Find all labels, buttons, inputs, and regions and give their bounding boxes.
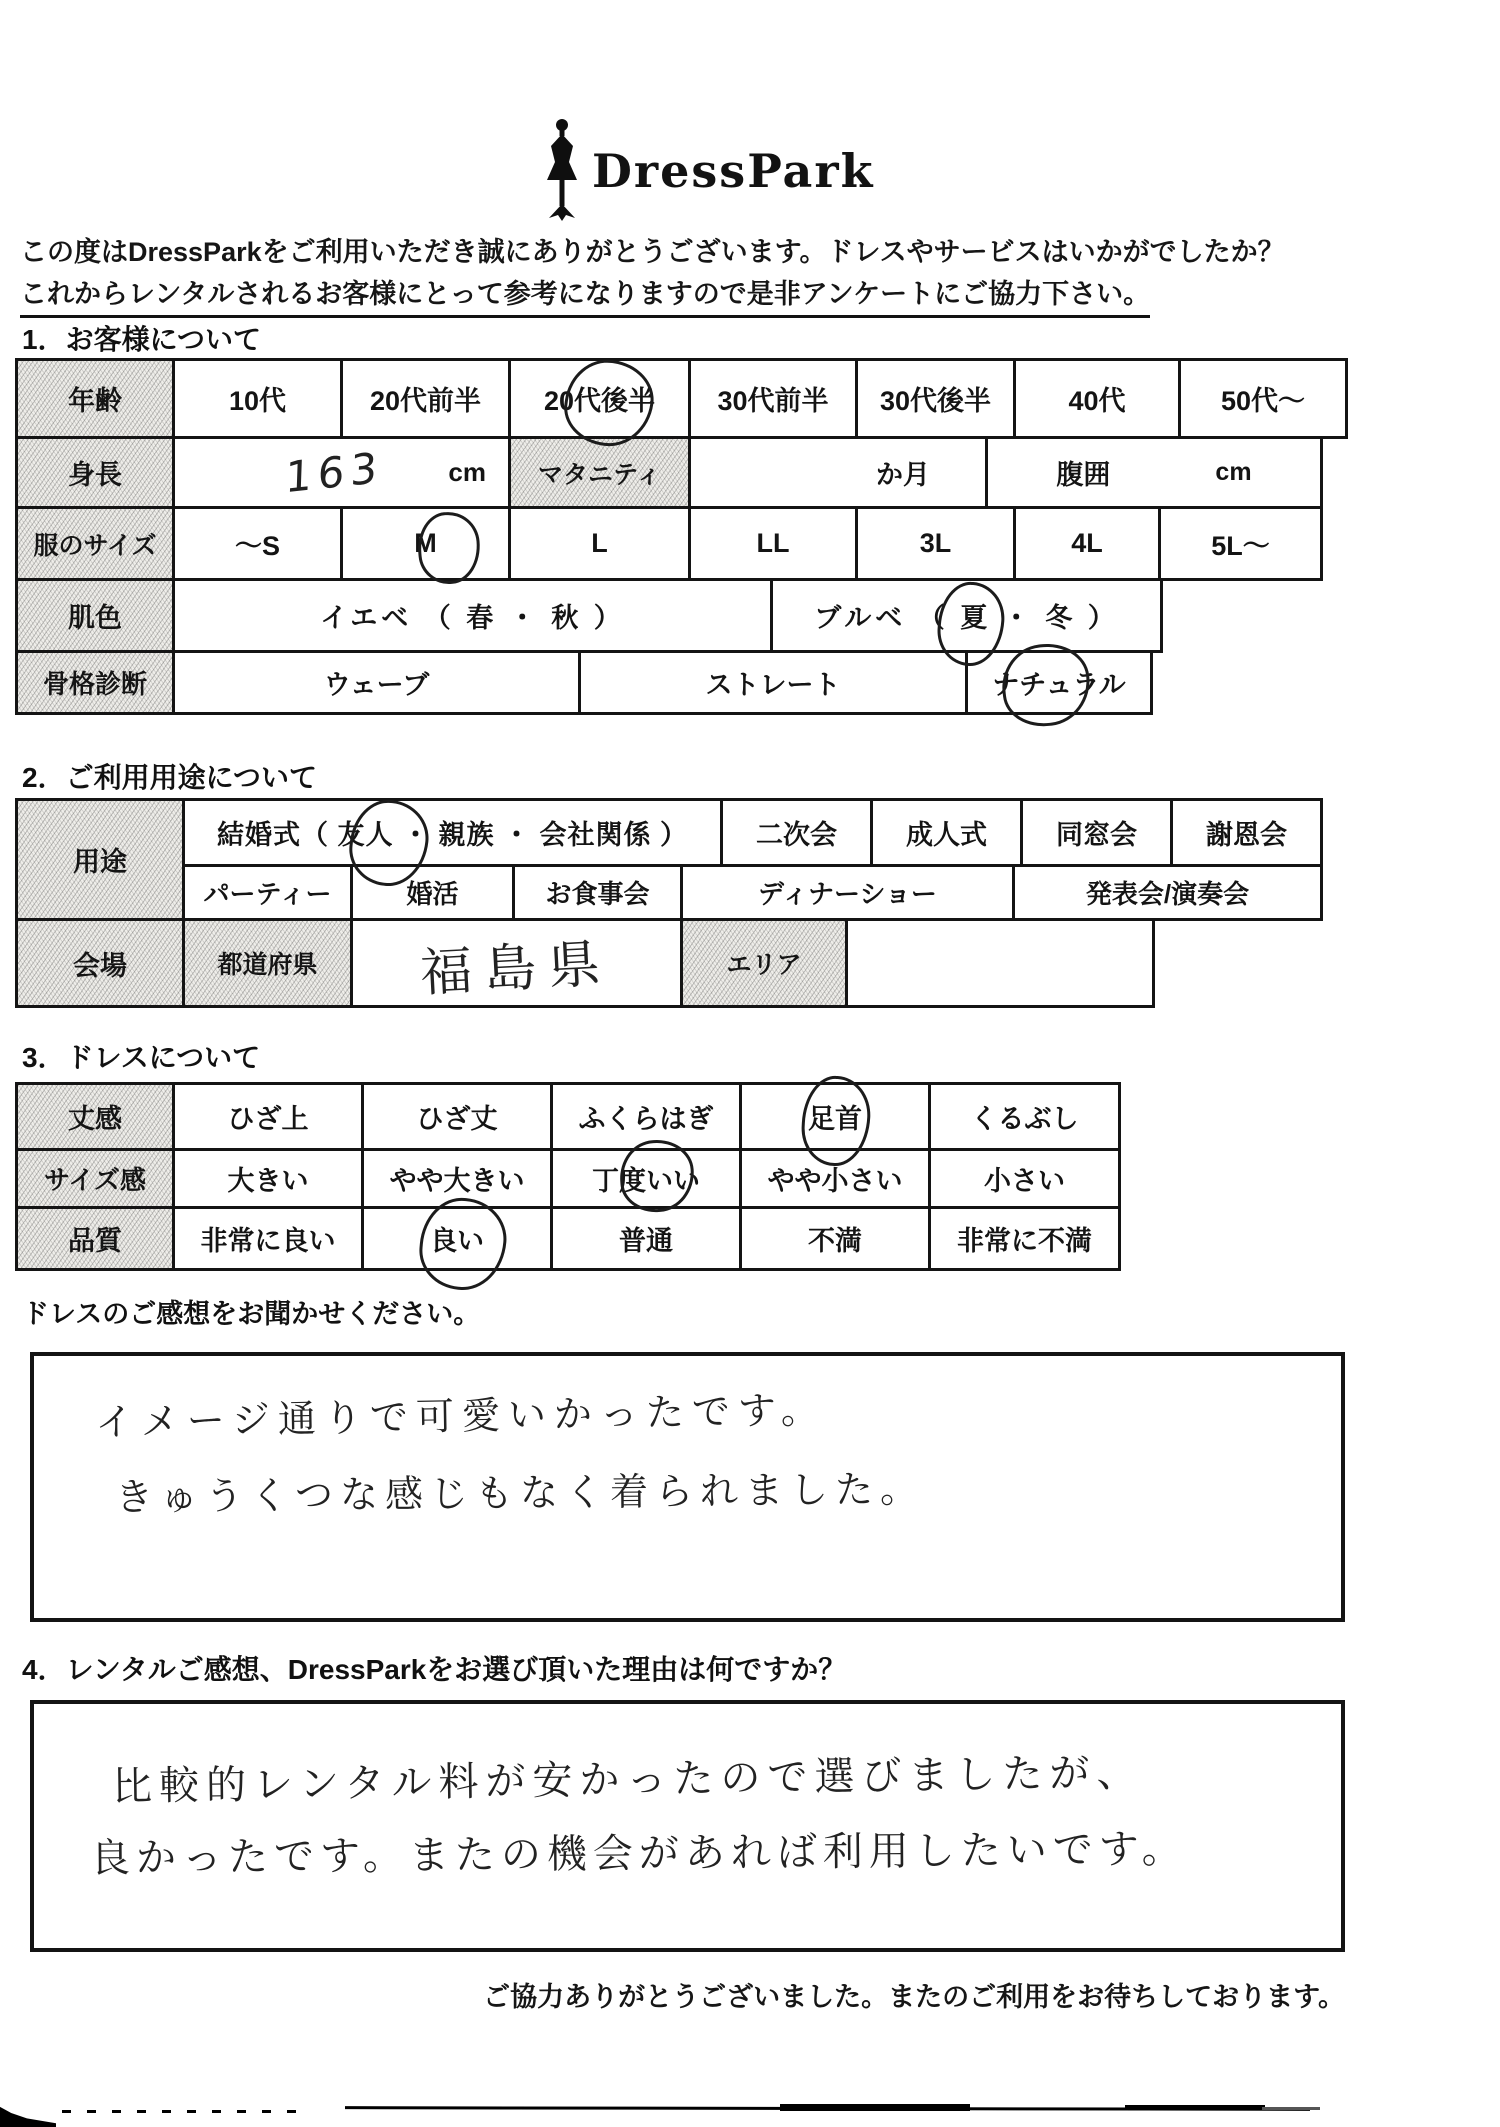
footer-thanks: ご協力ありがとうございました。またのご利用をお待ちしております。 <box>483 1975 1345 2014</box>
months-label: か月 <box>876 453 930 492</box>
venue-prefecture-value-cell: 福島県 <box>350 918 683 1008</box>
purpose-option-reunion: 同窓会 <box>1020 798 1173 867</box>
sizefeel-option-5: 小さい <box>928 1148 1121 1209</box>
length-option-5: くるぶし <box>928 1082 1121 1151</box>
purpose-option-party: パーティー <box>182 864 353 921</box>
size-option-5l: 5L～ <box>1158 506 1323 581</box>
venue-area-label: エリア <box>680 918 848 1008</box>
section2-heading: 2．ご利用用途について <box>22 756 317 796</box>
height-value-cell: 163 cm <box>172 436 511 509</box>
length-option-1: ひざ上 <box>172 1082 364 1151</box>
quality-option-1: 非常に良い <box>172 1206 364 1271</box>
section4-heading: 4．レンタルご感想、DressParkをお選び頂いた理由は何ですか？ <box>22 1648 846 1688</box>
size-option-ll: LL <box>688 506 858 581</box>
waist-cell: 腹囲 cm <box>985 436 1323 509</box>
venue-area-value-cell <box>845 918 1155 1008</box>
scan-artifact-line-thick-2 <box>1125 2105 1265 2110</box>
age-row-label: 年齢 <box>15 358 175 439</box>
quality-option-5: 非常に不満 <box>928 1206 1121 1271</box>
section1-heading: 1．お客様について <box>22 318 261 358</box>
height-unit: cm <box>448 457 486 488</box>
purpose-row-label: 用途 <box>15 798 185 921</box>
waist-unit: cm <box>1215 458 1251 487</box>
dress-mannequin-icon <box>540 118 584 222</box>
survey-scan-page: DressPark この度はDressParkをご利用いただき誠にありがとうござ… <box>0 0 1500 2127</box>
months-cell: か月 <box>688 436 988 509</box>
age-option-50s: 50代～ <box>1178 358 1348 439</box>
prefecture-handwritten-value: 福島県 <box>419 921 615 1006</box>
rental-feedback-line-2: 良かったです。またの機会があれば利用したいです。 <box>90 1817 1188 1884</box>
quality-row-label: 品質 <box>15 1206 175 1271</box>
venue-prefecture-label: 都道府県 <box>182 918 353 1008</box>
purpose-option-wedding: 結婚式（ 友人 ・ 親族 ・ 会社関係 ） <box>182 798 723 867</box>
frame-option-wave: ウェーブ <box>172 650 581 715</box>
size-option-3l: 3L <box>855 506 1016 581</box>
age-option-late30s: 30代後半 <box>855 358 1016 439</box>
maternity-cell: マタニティ <box>508 436 691 509</box>
quality-option-4: 不満 <box>739 1206 931 1271</box>
length-row-label: 丈感 <box>15 1082 175 1151</box>
size-option-l: L <box>508 506 691 581</box>
quality-option-3: 普通 <box>550 1206 742 1271</box>
logo: DressPark <box>540 110 960 225</box>
scan-artifact-line-tail <box>1262 2107 1320 2110</box>
intro-line-2: これからレンタルされるお客様にとって参考になりますので是非アンケートにご協力下さ… <box>20 272 1150 318</box>
purpose-option-dinner: お食事会 <box>512 864 683 921</box>
age-option-early30s: 30代前半 <box>688 358 858 439</box>
dress-feedback-line-2: きゅうくつな感じもなく着られました。 <box>115 1458 926 1521</box>
age-option-early20s: 20代前半 <box>340 358 511 439</box>
purpose-option-thanksparty: 謝恩会 <box>1170 798 1323 867</box>
purpose-option-dinnershow: ディナーショー <box>680 864 1015 921</box>
venue-row-label: 会場 <box>15 918 185 1008</box>
skin-option-yellow: イエベ （ 春 ・ 秋 ） <box>172 578 773 653</box>
scan-artifact-corner-blob <box>0 2096 56 2127</box>
height-row-label: 身長 <box>15 436 175 509</box>
purpose-option-recital: 発表会/演奏会 <box>1012 864 1323 921</box>
height-handwritten-value: 163 <box>284 443 383 503</box>
size-option-s: ～S <box>172 506 343 581</box>
size-option-4l: 4L <box>1013 506 1161 581</box>
sizefeel-row-label: サイズ感 <box>15 1148 175 1209</box>
purpose-option-comingofage: 成人式 <box>870 798 1023 867</box>
skin-row-label: 肌色 <box>15 578 175 653</box>
age-option-10s: 10代 <box>172 358 343 439</box>
section3-heading: 3．ドレスについて <box>22 1036 260 1076</box>
waist-label: 腹囲 <box>1056 453 1110 492</box>
intro-line-1: この度はDressParkをご利用いただき誠にありがとうございます。ドレスやサー… <box>20 230 1285 269</box>
age-option-40s: 40代 <box>1013 358 1181 439</box>
purpose-option-afterparty: 二次会 <box>720 798 873 867</box>
frame-row-label: 骨格診断 <box>15 650 175 715</box>
length-option-2: ひざ丈 <box>361 1082 553 1151</box>
scan-artifact-dashes <box>62 2110 302 2113</box>
frame-option-straight: ストレート <box>578 650 968 715</box>
logo-text: DressPark <box>592 144 874 198</box>
dress-feedback-prompt: ドレスのご感想をお聞かせください。 <box>22 1292 480 1331</box>
sizefeel-option-1: 大きい <box>172 1148 364 1209</box>
scan-artifact-line-thick-1 <box>780 2104 970 2111</box>
size-row-label: 服のサイズ <box>15 506 175 581</box>
